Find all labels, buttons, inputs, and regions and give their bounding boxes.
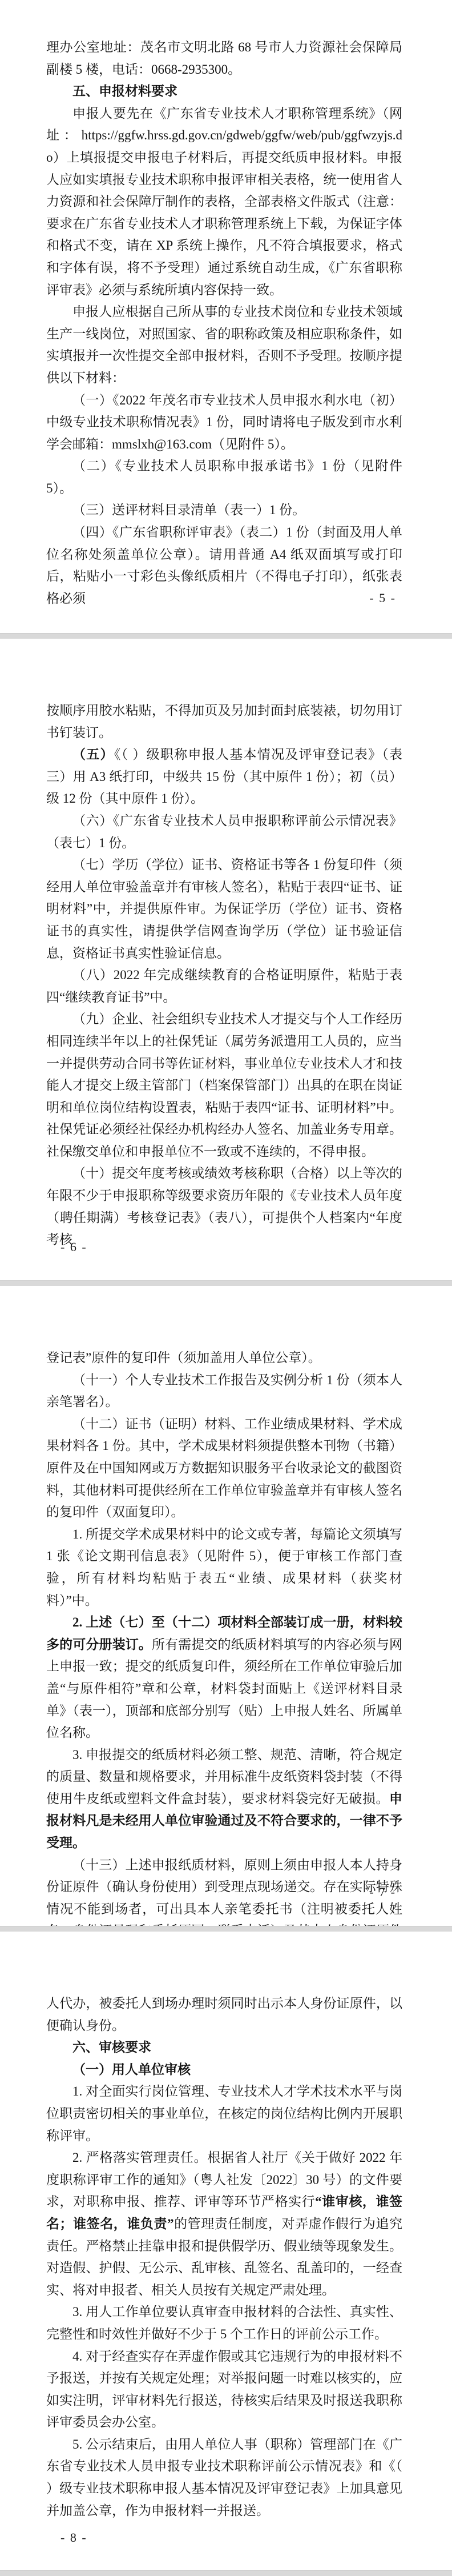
paragraph: 理办公室地址：茂名市文明北路 68 号市人力资源社会保障局副楼 5 楼，电话：0… <box>46 37 402 81</box>
paragraph: （十一）个人专业技术工作报告及实例分析 1 份（须本人亲笔署名）。 <box>46 1369 402 1413</box>
paragraph: 1. 所提交学术成果材料中的论文或专著，每篇论文须填写 1 张《论文期刊信息表》… <box>46 1524 402 1612</box>
paragraph: （二）《专业技术人员职称申报承诺书》1 份（见附件 5）。 <box>46 455 402 499</box>
text-segment: （一）用人单位审核 <box>72 2062 191 2077</box>
paragraph: 申报人要先在《广东省专业技术人才职称管理系统》（网址：https://ggfw.… <box>46 103 402 301</box>
document-scan: 理办公室地址：茂名市文明北路 68 号市人力资源社会保障局副楼 5 楼，电话：0… <box>0 0 452 2576</box>
text-segment: 所有需提交的纸质材料填写的内容必须与网上申报一致；提交的纸质复印件，须经所在工作… <box>46 1637 402 1740</box>
page-number: - 6 - <box>60 1239 87 1256</box>
paragraph: 2. 上述（七）至（十二）项材料全部装订成一册，材料较多的可分册装订。所有需提交… <box>46 1612 402 1744</box>
text-segment: （四）《广东省职称评审表》（表二）1 份（封面及用人单位名称处须盖单位公章）。请… <box>46 525 402 606</box>
text-segment: （一）《2022 年茂名市专业技术人员申报水利水电（初）中级专业技术职称情况表》… <box>46 393 402 451</box>
text-segment: 4. 对于经查实存在弄虚作假或其它违规行为的申报材料不予报送，并按有关规定处理；… <box>46 2349 402 2430</box>
document-page-5: 理办公室地址：茂名市文明北路 68 号市人力资源社会保障局副楼 5 楼，电话：0… <box>0 0 452 633</box>
paragraph: 4. 对于经查实存在弄虚作假或其它违规行为的申报材料不予报送，并按有关规定处理；… <box>46 2346 402 2434</box>
paragraph: 1. 对全面实行岗位管理、专业技术人才学术技术水平与岗位职责密切相关的事业单位，… <box>46 2081 402 2147</box>
page-body: 按顺序用胶水粘贴，不得加页及另加封面封底装裱，切勿用订书钉装订。（五）《（ ）级… <box>46 700 402 1251</box>
page-divider <box>0 2570 452 2576</box>
paragraph: （四）《广东省职称评审表》（表二）1 份（封面及用人单位名称处须盖单位公章）。请… <box>46 522 402 610</box>
page-divider <box>0 1280 452 1286</box>
paragraph: （三）送评材料目录清单（表一）1 份。 <box>46 499 402 522</box>
paragraph: （十三）上述申报纸质材料，原则上须由申报人本人持身份证原件（确认身份使用）到受理… <box>46 1854 402 1926</box>
text-segment: （十）提交年度考核或绩效考核称职（合格）以上等次的年限不少于申报职称等级要求资历… <box>46 1166 402 1247</box>
paragraph: 申报人应根据自己所从事的专业技术岗位和专业技术领域生产一线岗位，对照国家、省的职… <box>46 301 402 389</box>
text-segment: 登记表”原件的复印件（须加盖用人单位公章）。 <box>46 1351 321 1365</box>
paragraph: （六）《广东省专业技术人员申报职称评前公示情况表》（表七）1 份。 <box>46 810 402 854</box>
paragraph: 人代办，被委托人到场办理时须同时出示本人身份证原件，以便确认身份。 <box>46 1993 402 2037</box>
paragraph: （五）《（ ）级职称申报人基本情况及评审登记表》（表三）用 A3 纸打印，中级共… <box>46 744 402 810</box>
section-heading: （一）用人单位审核 <box>46 2059 402 2081</box>
section-heading: 六、审核要求 <box>46 2037 402 2059</box>
paragraph: （十）提交年度考核或绩效考核称职（合格）以上等次的年限不少于申报职称等级要求资历… <box>46 1163 402 1251</box>
paragraph: 5. 公示结束后，由用人单位人事（职称）管理部门在《广东省专业技术人员申报专业技… <box>46 2434 402 2522</box>
text-segment: （二）《专业技术人员职称申报承诺书》1 份（见附件 5）。 <box>46 459 402 495</box>
page-body: 人代办，被委托人到场办理时须同时出示本人身份证原件，以便确认身份。六、审核要求（… <box>46 1993 402 2522</box>
text-segment: 3. 用人工作单位要认真审查申报材料的合法性、真实性、完整性和时效性并做好不少于… <box>46 2305 402 2341</box>
text-segment: 按顺序用胶水粘贴，不得加页及另加封面封底装裱，切勿用订书钉装订。 <box>46 703 402 740</box>
text-segment: 五、申报材料要求 <box>72 84 177 98</box>
paragraph: 登记表”原件的复印件（须加盖用人单位公章）。 <box>46 1347 402 1369</box>
paragraph: 3. 用人工作单位要认真审查申报材料的合法性、真实性、完整性和时效性并做好不少于… <box>46 2301 402 2345</box>
document-page-8: 人代办，被委托人到场办理时须同时出示本人身份证原件，以便确认身份。六、审核要求（… <box>0 1932 452 2570</box>
text-segment: 1. 对全面实行岗位管理、专业技术人才学术技术水平与岗位职责密切相关的事业单位，… <box>46 2084 402 2142</box>
paragraph: 2. 严格落实管理责任。根据省人社厅《关于做好 2022 年度职称评审工作的通知… <box>46 2147 402 2301</box>
page-body: 理办公室地址：茂名市文明北路 68 号市人力资源社会保障局副楼 5 楼，电话：0… <box>46 37 402 610</box>
paragraph: （七）学历（学位）证书、资格证书等各 1 份复印件（须经用人单位审验盖章并有审核… <box>46 854 402 964</box>
text-segment: （七）学历（学位）证书、资格证书等各 1 份复印件（须经用人单位审验盖章并有审核… <box>46 858 402 960</box>
document-page-7: 登记表”原件的复印件（须加盖用人单位公章）。（十一）个人专业技术工作报告及实例分… <box>0 1286 452 1926</box>
text-segment: 5. 公示结束后，由用人单位人事（职称）管理部门在《广东省专业技术人员申报专业技… <box>46 2437 402 2518</box>
text-segment: 六、审核要求 <box>72 2040 151 2054</box>
page-divider <box>0 633 452 639</box>
text-segment: （五） <box>72 747 114 762</box>
paragraph: 按顺序用胶水粘贴，不得加页及另加封面封底装裱，切勿用订书钉装订。 <box>46 700 402 744</box>
paragraph: （十二）证书（证明）材料、工作业绩成果材料、学术成果材料各 1 份。其中，学术成… <box>46 1413 402 1524</box>
text-segment: 理办公室地址：茂名市文明北路 68 号市人力资源社会保障局副楼 5 楼，电话：0… <box>46 40 402 77</box>
text-segment: 申报人应根据自己所从事的专业技术岗位和专业技术领域生产一线岗位，对照国家、省的职… <box>46 305 402 385</box>
document-page-6: 按顺序用胶水粘贴，不得加页及另加封面封底装裱，切勿用订书钉装订。（五）《（ ）级… <box>0 639 452 1280</box>
paragraph: 3. 申报提交的纸质材料必须工整、规范、清晰，符合规定的质量、数量和规格要求，并… <box>46 1744 402 1854</box>
text-segment: （三）送评材料目录清单（表一）1 份。 <box>72 503 305 517</box>
page-number: - 8 - <box>60 2529 87 2546</box>
text-segment: 1. 所提交学术成果材料中的论文或专著，每篇论文须填写 1 张《论文期刊信息表》… <box>46 1527 402 1608</box>
paragraph: （九）企业、社会组织专业技术人才提交与个人工作经历相同连续半年以上的社保凭证（属… <box>46 1008 402 1163</box>
text-segment: 申报人要先在《广东省专业技术人才职称管理系统》（网址：https://ggfw.… <box>46 106 402 297</box>
text-segment: 3. 申报提交的纸质材料必须工整、规范、清晰，符合规定的质量、数量和规格要求，并… <box>46 1748 402 1806</box>
text-segment: （九）企业、社会组织专业技术人才提交与个人工作经历相同连续半年以上的社保凭证（属… <box>46 1012 402 1159</box>
page-number: - 7 - <box>369 1884 396 1901</box>
text-segment: （十二）证书（证明）材料、工作业绩成果材料、学术成果材料各 1 份。其中，学术成… <box>46 1417 402 1519</box>
paragraph: （八）2022 年完成继续教育的合格证明原件，粘贴于表四“继续教育证书”中。 <box>46 964 402 1008</box>
page-body: 登记表”原件的复印件（须加盖用人单位公章）。（十一）个人专业技术工作报告及实例分… <box>46 1347 402 1926</box>
text-segment: （十一）个人专业技术工作报告及实例分析 1 份（须本人亲笔署名）。 <box>46 1373 402 1409</box>
paragraph: （一）《2022 年茂名市专业技术人员申报水利水电（初）中级专业技术职称情况表》… <box>46 390 402 456</box>
text-segment: （八）2022 年完成继续教育的合格证明原件，粘贴于表四“继续教育证书”中。 <box>46 968 402 1004</box>
text-segment: （六）《广东省专业技术人员申报职称评前公示情况表》（表七）1 份。 <box>46 814 402 850</box>
text-segment: （十三）上述申报纸质材料，原则上须由申报人本人持身份证原件（确认身份使用）到受理… <box>46 1858 402 1926</box>
section-heading: 五、申报材料要求 <box>46 81 402 103</box>
text-segment: 人代办，被委托人到场办理时须同时出示本人身份证原件，以便确认身份。 <box>46 1996 402 2033</box>
page-number: - 5 - <box>369 590 396 607</box>
page-divider <box>0 1926 452 1932</box>
